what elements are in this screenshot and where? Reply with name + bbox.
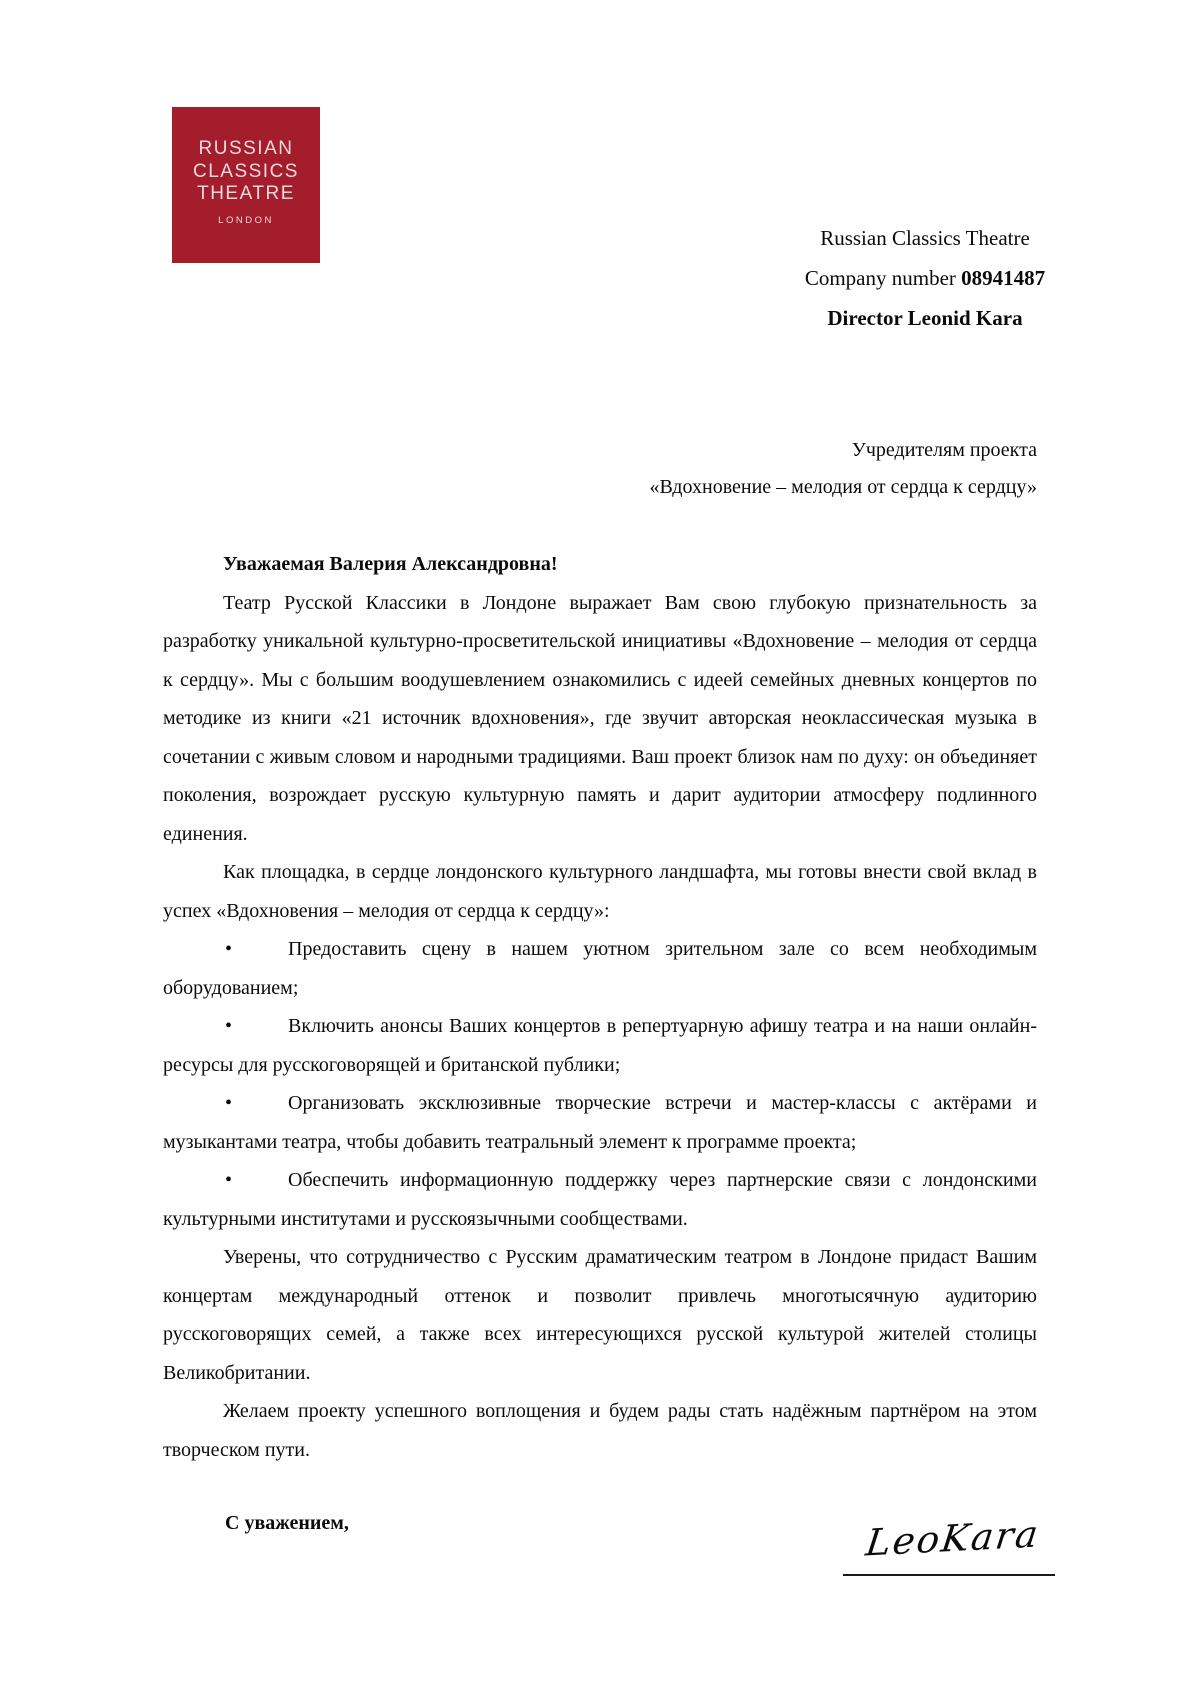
bullet-item-stage: •Предоставить сцену в нашем уютном зрите… bbox=[163, 930, 1037, 1007]
company-number-line: Company number 08941487 bbox=[785, 258, 1065, 298]
bullet-marker: • bbox=[225, 1092, 232, 1114]
bullet-item-masterclasses: •Организовать эксклюзивные творческие вс… bbox=[163, 1084, 1037, 1161]
bullet-item-media-support: •Обеспечить информационную поддержку чер… bbox=[163, 1161, 1037, 1238]
paragraph-offer: Как площадка, в сердце лондонского культ… bbox=[163, 853, 1037, 930]
signature-block: LeoKara bbox=[843, 1508, 1055, 1576]
bullet-text: Предоставить сцену в нашем уютном зрител… bbox=[163, 938, 1037, 999]
logo-line-classics: CLASSICS bbox=[172, 161, 320, 184]
bullet-text: Включить анонсы Ваших концертов в реперт… bbox=[163, 1015, 1037, 1076]
bullet-item-announcements: •Включить анонсы Ваших концертов в репер… bbox=[163, 1007, 1037, 1084]
signature-line bbox=[843, 1574, 1055, 1576]
logo-title: RUSSIAN CLASSICS THEATRE bbox=[172, 138, 320, 206]
theatre-logo: RUSSIAN CLASSICS THEATRE LONDON bbox=[172, 107, 320, 263]
logo-london-label: LONDON bbox=[172, 215, 320, 226]
company-number-value: 08941487 bbox=[961, 266, 1045, 290]
paragraph-intro: Театр Русской Классики в Лондоне выражае… bbox=[163, 584, 1037, 854]
letter-body: Уважаемая Валерия Александровна! Театр Р… bbox=[163, 545, 1037, 1469]
company-header: Russian Classics Theatre Company number … bbox=[785, 218, 1065, 338]
addressee-block: Учредителям проекта «Вдохновение – мелод… bbox=[163, 432, 1037, 506]
salutation: Уважаемая Валерия Александровна! bbox=[163, 545, 1037, 584]
signature-script: LeoKara bbox=[842, 1503, 1063, 1576]
regards-line: С уважением, bbox=[225, 1512, 349, 1535]
bullet-text: Обеспечить информационную поддержку чере… bbox=[163, 1169, 1037, 1230]
company-name: Russian Classics Theatre bbox=[785, 218, 1065, 258]
director-line: Director Leonid Kara bbox=[785, 298, 1065, 338]
logo-line-theatre: THEATRE bbox=[172, 183, 320, 206]
paragraph-wishes: Желаем проекту успешного воплощения и бу… bbox=[163, 1392, 1037, 1469]
bullet-marker: • bbox=[225, 1169, 232, 1191]
company-number-label: Company number bbox=[805, 266, 961, 290]
letter-page: RUSSIAN CLASSICS THEATRE LONDON Russian … bbox=[0, 0, 1200, 1697]
addressee-line-2: «Вдохновение – мелодия от сердца к сердц… bbox=[163, 469, 1037, 506]
logo-line-russian: RUSSIAN bbox=[172, 138, 320, 161]
bullet-marker: • bbox=[225, 938, 232, 960]
paragraph-confidence: Уверены, что сотрудничество с Русским др… bbox=[163, 1238, 1037, 1392]
bullet-marker: • bbox=[225, 1015, 232, 1037]
addressee-line-1: Учредителям проекта bbox=[163, 432, 1037, 469]
bullet-text: Организовать эксклюзивные творческие вст… bbox=[163, 1092, 1037, 1153]
